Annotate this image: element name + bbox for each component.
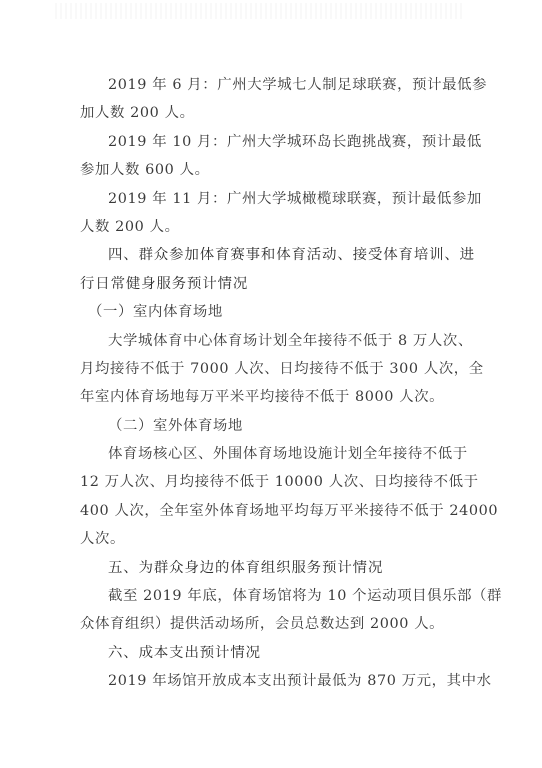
subsection-heading: （一）室内体育场地 [80, 298, 460, 326]
paragraph-line: 加人数 200 人。 [80, 99, 460, 127]
paragraph-line: 2019 年 6 月：广州大学城七人制足球联赛，预计最低参 [80, 71, 460, 99]
paragraph-line: 人数 200 人。 [80, 213, 460, 241]
paragraph-line: 人次。 [80, 525, 460, 553]
paragraph-line: 截至 2019 年底，体育场馆将为 10 个运动项目俱乐部（群 [80, 582, 460, 610]
section-heading: 五、为群众身边的体育组织服务预计情况 [80, 554, 460, 582]
paragraph-line: 2019 年 10 月：广州大学城环岛长跑挑战赛，预计最低 [80, 128, 460, 156]
subsection-heading: （二）室外体育场地 [80, 412, 460, 440]
paragraph-line: 大学城体育中心体育场计划全年接待不低于 8 万人次、 [80, 327, 460, 355]
section-heading: 六、成本支出预计情况 [80, 639, 460, 667]
paragraph-line: 体育场核心区、外围体育场地设施计划全年接待不低于 [80, 440, 460, 468]
paragraph-line: 400 人次，全年室外体育场地平均每万平米接待不低于 24000 [80, 497, 460, 525]
paragraph-line: 月均接待不低于 7000 人次、日均接待不低于 300 人次，全 [80, 355, 460, 383]
paragraph-line: 参加人数 600 人。 [80, 156, 460, 184]
paragraph-line: 12 万人次、月均接待不低于 10000 人次、日均接待不低于 [80, 468, 460, 496]
document-page: 2019 年 6 月：广州大学城七人制足球联赛，预计最低参 加人数 200 人。… [80, 71, 460, 696]
section-heading: 四、群众参加体育赛事和体育活动、接受体育培训、进 [80, 241, 460, 269]
paragraph-line: 年室内体育场地每万平米平均接待不低于 8000 人次。 [80, 383, 460, 411]
paragraph-line: 众体育组织）提供活动场所，会员总数达到 2000 人。 [80, 610, 460, 638]
section-heading: 行日常健身服务预计情况 [80, 270, 460, 298]
paragraph-line: 2019 年 11 月：广州大学城橄榄球联赛，预计最低参加 [80, 185, 460, 213]
scan-header-artifact [55, 3, 465, 19]
paragraph-line: 2019 年场馆开放成本支出预计最低为 870 万元，其中水 [80, 667, 460, 695]
